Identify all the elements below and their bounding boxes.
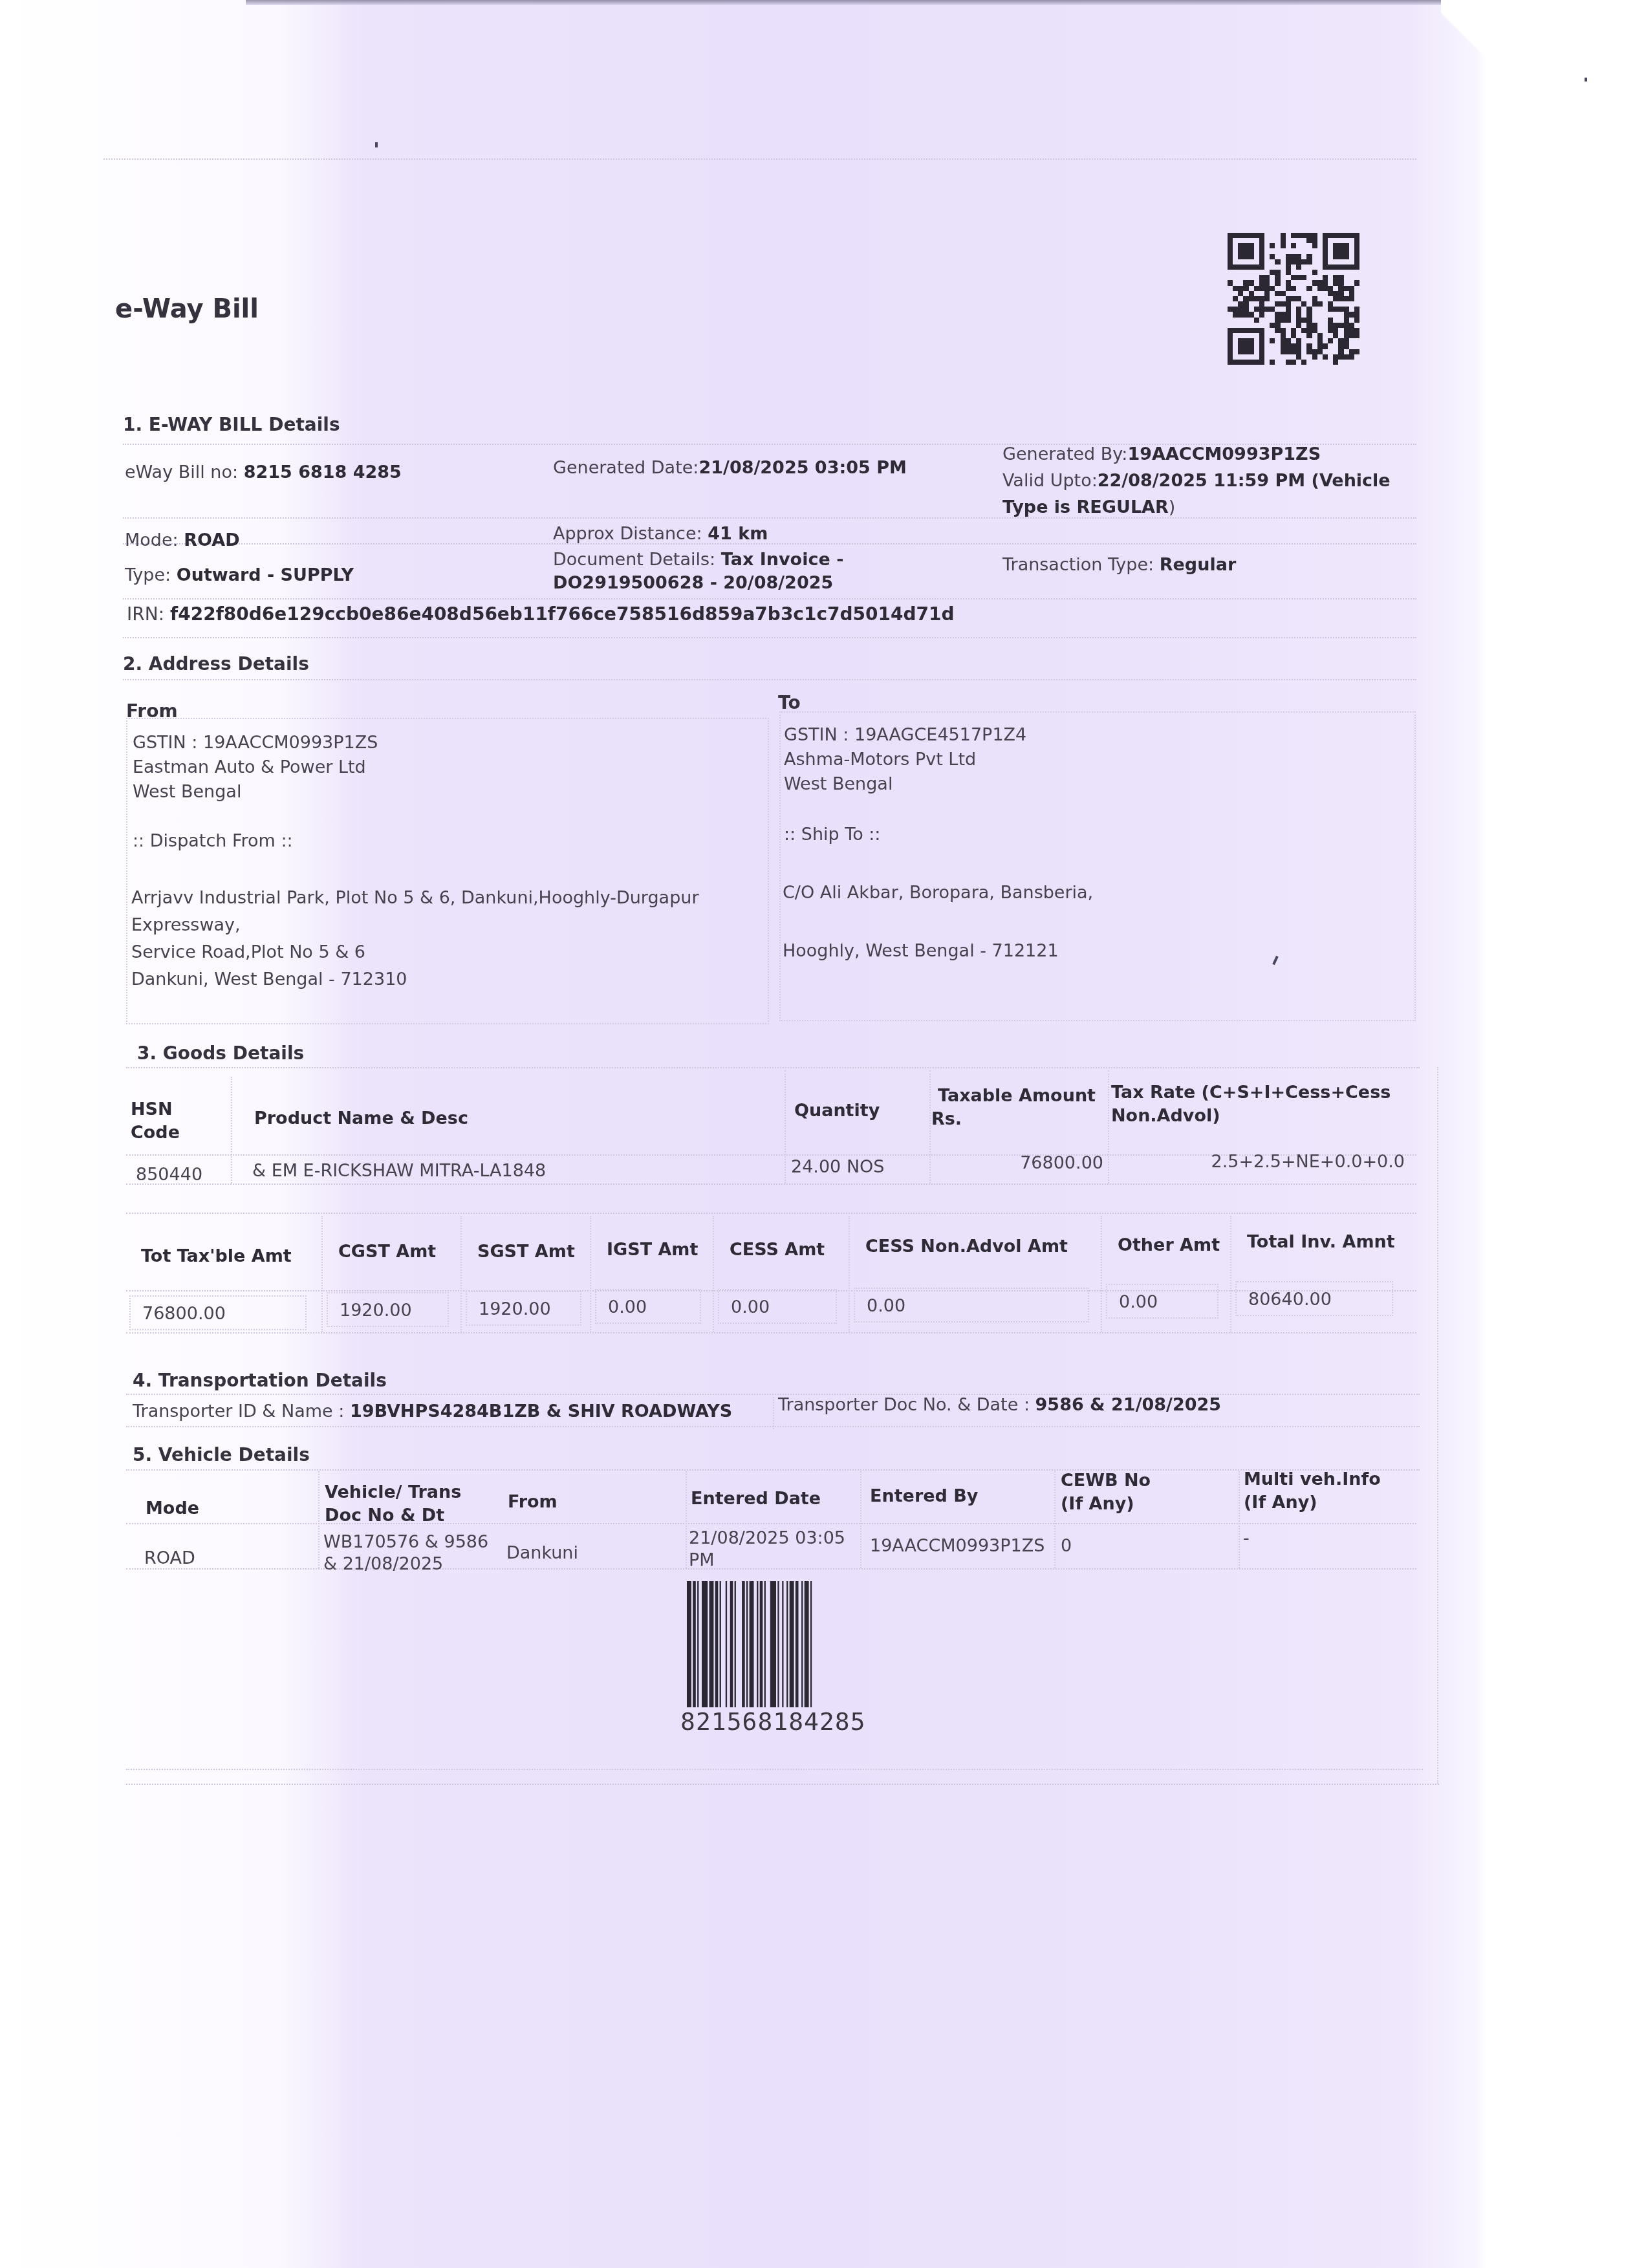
divider [126, 1394, 1420, 1395]
column-divider [1230, 1216, 1231, 1332]
dispatch-address-line2: Expressway, [131, 912, 699, 939]
type-label: Type: [125, 565, 171, 585]
goods-product: & EM E-RICKSHAW MITRA-LA1848 [252, 1160, 546, 1182]
vehicle-doc: WB170576 & 9586 & 21/08/2025 [323, 1531, 488, 1575]
irn-field: IRN: f422f80d6e129ccb0e86e408d56eb11f766… [127, 603, 955, 625]
barcode-icon [686, 1581, 870, 1707]
table-rule [126, 1183, 1416, 1185]
vehicle-header-vehicle-line1: Vehicle/ Trans [325, 1481, 461, 1504]
to-label: To [778, 692, 801, 713]
irn-label: IRN: [127, 603, 164, 625]
section-heading-address-details: 2. Address Details [123, 653, 309, 675]
vehicle-header-entered-date: Entered Date [691, 1487, 821, 1511]
column-divider [785, 1070, 786, 1183]
document-details-label: Document Details: [553, 550, 715, 570]
from-gstin: GSTIN : 19AACCM0993P1ZS [133, 731, 378, 755]
transporter-label: Transporter ID & Name : [133, 1401, 344, 1421]
vehicle-header-cewb-line1: CEWB No [1061, 1469, 1151, 1493]
transporter-field: Transporter ID & Name : 19BVHPS4284B1ZB … [133, 1401, 732, 1421]
transporter-doc-value: 9586 & 21/08/2025 [1035, 1395, 1222, 1415]
from-state: West Bengal [133, 780, 378, 805]
goods-quantity: 24.00 NOS [791, 1156, 884, 1178]
generated-by-field: Generated By:19AACCM0993P1ZS Valid Upto:… [1002, 441, 1391, 521]
eway-bill-no-label: eWay Bill no: [125, 462, 238, 482]
section-heading-goods-details: 3. Goods Details [137, 1042, 304, 1064]
totals-value: 76800.00 [142, 1303, 226, 1325]
vehicle-header-entered-by: Entered By [870, 1485, 978, 1508]
valid-upto-label: Valid Upto: [1002, 471, 1098, 491]
document-details-value: Tax Invoice - [721, 550, 844, 570]
column-divider [231, 1077, 232, 1183]
totals-value: 0.00 [1119, 1291, 1158, 1313]
goods-header-taxable-amount: Taxable Amount Rs. [931, 1085, 1096, 1131]
mode-value: ROAD [184, 530, 239, 550]
irn-value: f422f80d6e129ccb0e86e408d56eb11f766ce758… [170, 603, 955, 625]
table-rule [126, 1523, 1416, 1524]
ship-to-label: :: Ship To :: [784, 825, 880, 845]
barcode-number: 821568184285 [680, 1707, 866, 1736]
vehicle-header-from: From [508, 1491, 558, 1514]
mode-field: Mode: ROAD [125, 530, 240, 550]
divider [123, 598, 1416, 599]
divider [126, 1469, 1420, 1471]
divider [123, 637, 1416, 638]
column-divider [590, 1216, 591, 1332]
divider [126, 1769, 1423, 1770]
vehicle-from: Dankuni [506, 1542, 578, 1564]
column-divider [860, 1471, 861, 1568]
table-rule [126, 1332, 1416, 1334]
transporter-value: 19BVHPS4284B1ZB & SHIV ROADWAYS [350, 1401, 732, 1421]
vehicle-entered-date-line1: 21/08/2025 03:05 [689, 1528, 845, 1550]
goods-header-tax-rate: Tax Rate (C+S+I+Cess+Cess Non.Advol) [1111, 1081, 1391, 1128]
divider [126, 1067, 1420, 1068]
goods-header-taxable-line2: Rs. [931, 1108, 1096, 1131]
column-divider [318, 1471, 319, 1568]
goods-header-hsn-line2: Code [131, 1121, 180, 1145]
scan-speck [1585, 78, 1587, 81]
totals-header: Tot Tax'ble Amt [141, 1245, 292, 1268]
section-heading-eway-details: 1. E-WAY BILL Details [123, 414, 340, 435]
mode-label: Mode: [125, 530, 179, 550]
column-divider [460, 1216, 462, 1332]
column-divider [686, 1471, 687, 1568]
divider [123, 517, 1416, 519]
divider [123, 543, 1416, 545]
column-divider [713, 1216, 714, 1332]
generated-by-value: 19AACCM0993P1ZS [1127, 444, 1321, 464]
column-divider [849, 1216, 850, 1332]
totals-header: Other Amt [1118, 1234, 1220, 1257]
document-title: e-Way Bill [115, 294, 259, 324]
totals-header: CESS Non.Advol Amt [865, 1235, 1068, 1258]
goods-header-product: Product Name & Desc [254, 1107, 468, 1130]
vehicle-header-vehicle-doc: Vehicle/ Trans Doc No & Dt [325, 1481, 461, 1528]
vehicle-header-multi-line1: Multi veh.Info [1244, 1468, 1381, 1491]
divider [103, 158, 1416, 160]
to-state: West Bengal [784, 772, 1026, 797]
totals-header: SGST Amt [477, 1240, 575, 1264]
vehicle-header-multi-line2: (If Any) [1244, 1491, 1381, 1515]
page-top-edge [246, 0, 1475, 5]
generated-date-field: Generated Date:21/08/2025 03:05 PM [553, 458, 907, 478]
approx-distance-field: Approx Distance: 41 km [553, 524, 768, 544]
vehicle-header-mode: Mode [146, 1497, 199, 1520]
document-details-number: DO2919500628 - 20/08/2025 [553, 572, 843, 595]
generated-date-value: 21/08/2025 03:05 PM [698, 458, 906, 478]
vehicle-cewb-no: 0 [1061, 1535, 1072, 1557]
goods-header-tax-rate-line1: Tax Rate (C+S+I+Cess+Cess [1111, 1081, 1391, 1105]
divider [123, 679, 1416, 680]
vehicle-header-multi: Multi veh.Info (If Any) [1244, 1468, 1381, 1515]
goods-header-hsn-line1: HSN [131, 1098, 180, 1121]
eway-bill-no-field: eWay Bill no: 8215 6818 4285 [125, 462, 402, 482]
qr-code-icon [1228, 233, 1359, 365]
vehicle-header-vehicle-line2: Doc No & Dt [325, 1504, 461, 1528]
from-address: GSTIN : 19AACCM0993P1ZS Eastman Auto & P… [133, 731, 378, 805]
totals-header: CESS Amt [730, 1238, 825, 1262]
table-rule [126, 1213, 1416, 1214]
section-heading-vehicle-details: 5. Vehicle Details [133, 1444, 310, 1465]
valid-upto-value: 22/08/2025 11:59 PM (Vehicle [1098, 471, 1391, 491]
goods-header-quantity: Quantity [794, 1099, 880, 1123]
approx-distance-value: 41 km [708, 524, 768, 544]
folded-corner [1441, 0, 1635, 233]
vehicle-header-cewb-line2: (If Any) [1061, 1493, 1151, 1516]
vehicle-entered-date: 21/08/2025 03:05 PM [689, 1528, 845, 1571]
totals-value: 0.00 [731, 1297, 770, 1319]
goods-taxable-amount: 76800.00 [931, 1152, 1103, 1174]
column-divider [1108, 1070, 1109, 1183]
vehicle-header-cewb: CEWB No (If Any) [1061, 1469, 1151, 1516]
vehicle-multi-info: - [1243, 1528, 1250, 1550]
scanned-page [0, 0, 1635, 2268]
to-gstin: GSTIN : 19AAGCE4517P1Z4 [784, 723, 1026, 748]
type-value: Outward - SUPPLY [177, 565, 354, 585]
transaction-type-field: Transaction Type: Regular [1002, 555, 1236, 575]
transporter-doc-label: Transporter Doc No. & Date : [778, 1395, 1030, 1415]
totals-header: Total Inv. Amnt [1247, 1231, 1395, 1254]
vehicle-doc-line2: & 21/08/2025 [323, 1553, 488, 1575]
ship-to-address-line1: C/O Ali Akbar, Boropara, Bansberia, [783, 883, 1093, 903]
valid-upto-paren: ) [1169, 497, 1176, 517]
dispatch-address-line1: Arrjavv Industrial Park, Plot No 5 & 6, … [131, 885, 699, 912]
column-divider [1239, 1471, 1240, 1568]
generated-date-label: Generated Date: [553, 458, 698, 478]
scan-speck [375, 142, 378, 147]
transporter-doc-field: Transporter Doc No. & Date : 9586 & 21/0… [778, 1395, 1221, 1415]
goods-header-taxable-line1: Taxable Amount [931, 1085, 1096, 1108]
dispatch-from-label: :: Dispatch From :: [133, 831, 293, 851]
totals-header: CGST Amt [338, 1240, 436, 1264]
generated-by-label: Generated By: [1002, 444, 1127, 464]
section-heading-transportation-details: 4. Transportation Details [133, 1370, 387, 1391]
valid-upto-vehicle-type: Type is REGULAR [1002, 497, 1169, 517]
transaction-type-label: Transaction Type: [1002, 555, 1154, 575]
totals-header: IGST Amt [607, 1238, 698, 1262]
type-field: Type: Outward - SUPPLY [125, 565, 354, 585]
goods-hsn: 850440 [136, 1164, 202, 1186]
vehicle-doc-line1: WB170576 & 9586 [323, 1531, 488, 1553]
totals-value: 80640.00 [1248, 1289, 1332, 1311]
transaction-type-value: Regular [1160, 555, 1236, 575]
vehicle-entered-by: 19AACCM0993P1ZS [870, 1535, 1045, 1557]
vehicle-mode: ROAD [144, 1548, 195, 1570]
goods-header-tax-rate-line2: Non.Advol) [1111, 1105, 1391, 1128]
column-divider [1054, 1471, 1056, 1568]
dispatch-address-line4: Dankuni, West Bengal - 712310 [131, 966, 699, 993]
document-details-field: Document Details: Tax Invoice - DO291950… [553, 548, 843, 595]
from-name: Eastman Auto & Power Ltd [133, 755, 378, 780]
dispatch-address-line3: Service Road,Plot No 5 & 6 [131, 939, 699, 966]
divider [126, 1426, 1420, 1427]
column-divider [321, 1216, 323, 1332]
approx-distance-label: Approx Distance: [553, 524, 702, 544]
frame-edge [1437, 1067, 1438, 1784]
divider [126, 1784, 1439, 1785]
ship-to-address-line2: Hooghly, West Bengal - 712121 [783, 941, 1059, 961]
to-name: Ashma-Motors Pvt Ltd [784, 748, 1026, 772]
totals-value: 1920.00 [479, 1299, 551, 1321]
totals-value: 0.00 [867, 1295, 905, 1317]
column-divider [929, 1070, 931, 1183]
to-address: GSTIN : 19AAGCE4517P1Z4 Ashma-Motors Pvt… [784, 723, 1026, 797]
dispatch-address: Arrjavv Industrial Park, Plot No 5 & 6, … [131, 885, 699, 993]
column-divider [1101, 1216, 1102, 1332]
vehicle-entered-date-line2: PM [689, 1550, 845, 1571]
goods-header-hsn: HSN Code [131, 1098, 180, 1145]
goods-tax-rate: 2.5+2.5+NE+0.0+0.0 [1112, 1151, 1405, 1173]
eway-bill-no-value: 8215 6818 4285 [244, 462, 402, 482]
totals-value: 0.00 [608, 1297, 647, 1319]
column-divider [773, 1397, 774, 1429]
totals-value: 1920.00 [340, 1300, 412, 1322]
